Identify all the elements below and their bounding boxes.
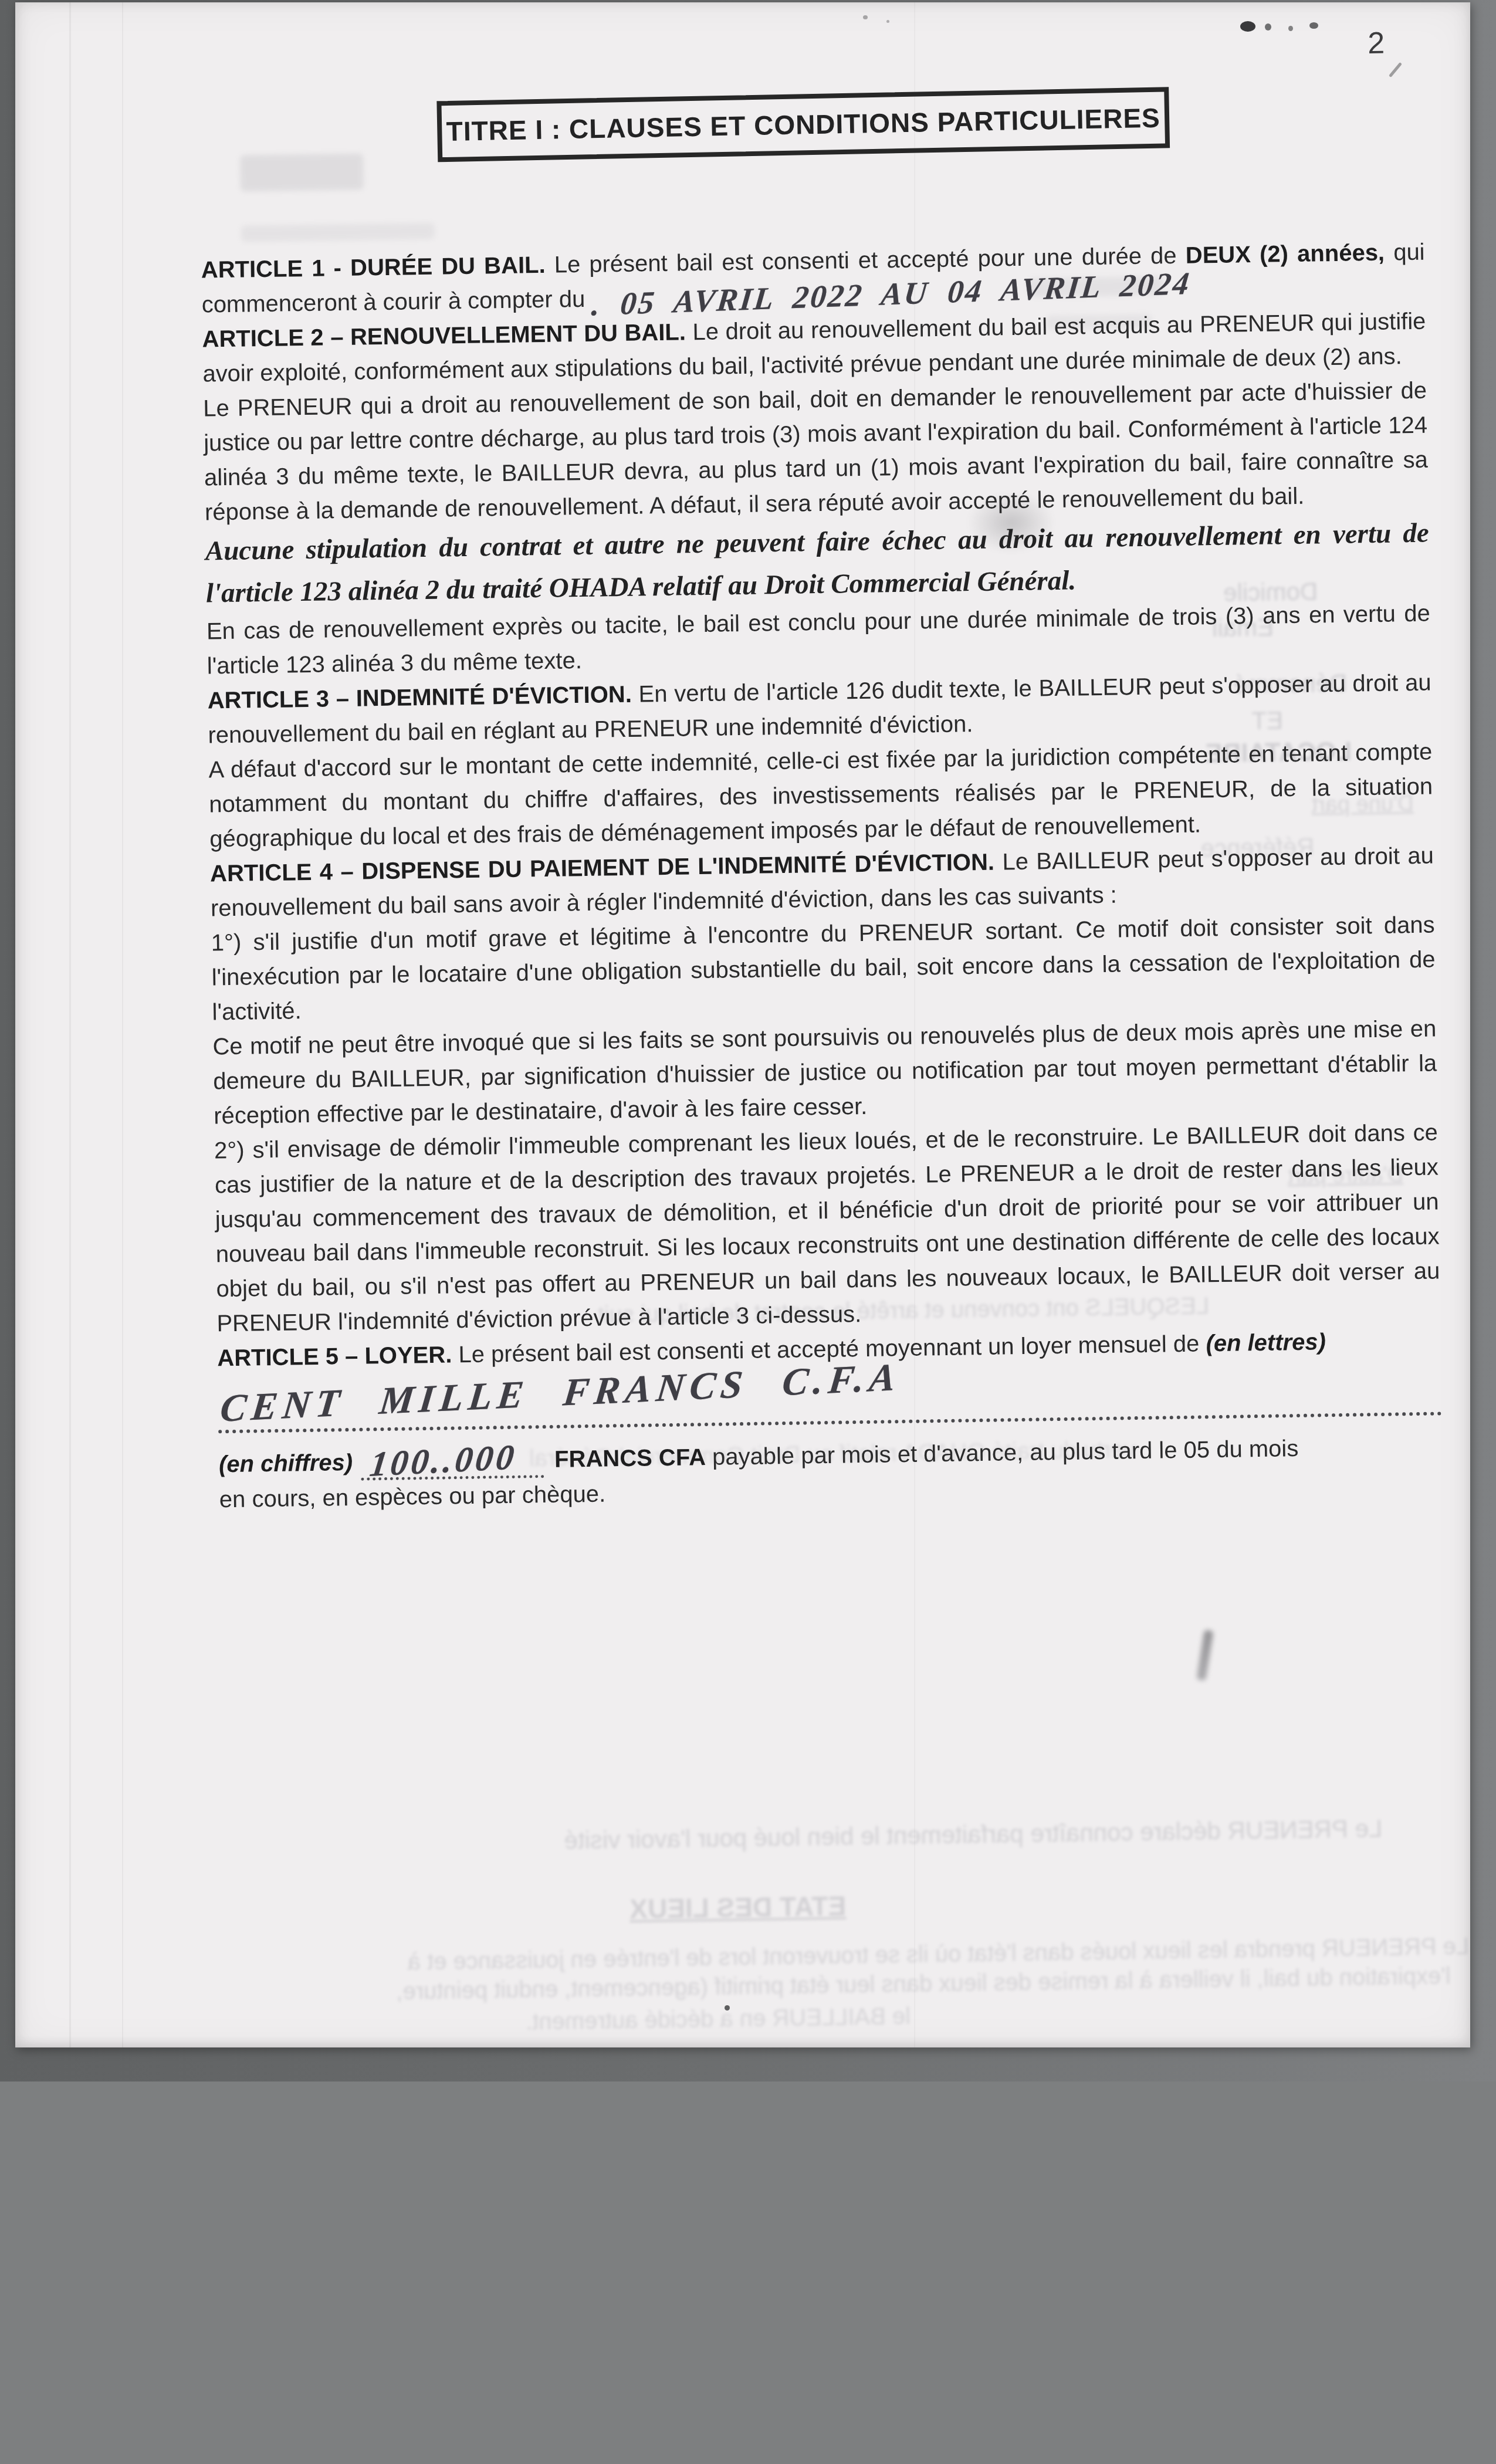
page-number: 2 <box>1368 26 1385 61</box>
bleedthrough-smudge <box>240 153 364 191</box>
paragraph-indemnite-montant: A défaut d'accord sur le montant de cett… <box>208 735 1433 857</box>
pen-smudge <box>1196 1630 1213 1681</box>
bleedthrough-smudge <box>241 223 435 242</box>
paragraph-motif-1: 1°) s'il justifie d'un motif grave et lé… <box>211 908 1436 1030</box>
bleedthrough-text: le BAILLEUR en a décidé autrement. <box>526 2003 911 2036</box>
page-title: TITRE I : CLAUSES ET CONDITIONS PARTICUL… <box>446 102 1160 147</box>
article-4-heading: ARTICLE 4 – DISPENSE DU PAIEMENT DE L'IN… <box>210 849 995 887</box>
bleedthrough-text: Le PRENEUR déclare connaître parfaitemen… <box>564 1815 1382 1855</box>
article-5-en-chiffres-label: (en chiffres) <box>219 1450 353 1477</box>
article-5-en-lettres-label: (en lettres) <box>1206 1329 1326 1356</box>
paper-sheet: 2 TITRE I : CLAUSES ET CONDITIONS PARTIC… <box>15 2 1470 2047</box>
payable-text: payable par mois et d'avance, au plus ta… <box>706 1436 1299 1470</box>
contract-text: ARTICLE 1 - DURÉE DU BAIL. Le présent ba… <box>201 235 1443 1518</box>
paragraph-motif-1-suite: Ce motif ne peut être invoqué que si les… <box>212 1011 1437 1133</box>
paragraph-motif-2: 2°) s'il envisage de démolir l'immeuble … <box>214 1115 1441 1341</box>
page-content: 2 TITRE I : CLAUSES ET CONDITIONS PARTIC… <box>15 2 1470 2047</box>
bleedthrough-text: ETAT DES LIEUX <box>629 1890 847 1925</box>
article-1-heading: ARTICLE 1 - DURÉE DU BAIL. <box>201 252 545 283</box>
dotted-number-line: 100..000 <box>361 1446 544 1481</box>
paragraph-demande-renouvellement: Le PRENEUR qui a droit au renouvellement… <box>203 374 1429 530</box>
article-3-heading: ARTICLE 3 – INDEMNITÉ D'ÉVICTION. <box>207 682 632 714</box>
article-2-heading: ARTICLE 2 – RENOUVELLEMENT DU BAIL. <box>202 319 686 352</box>
francs-cfa-label: FRANCS CFA <box>554 1444 706 1473</box>
scanned-lease-page: { "document": { "page_number": "2", "tit… <box>0 0 1496 2464</box>
article-5-heading: ARTICLE 5 – LOYER. <box>217 1342 452 1371</box>
scanner-bottom-area <box>0 2081 1496 2464</box>
title-box: TITRE I : CLAUSES ET CONDITIONS PARTICUL… <box>436 87 1170 162</box>
handwritten-amount-figures: 100..000 <box>369 1444 519 1477</box>
article-1-duration: DEUX (2) années, <box>1185 240 1385 269</box>
